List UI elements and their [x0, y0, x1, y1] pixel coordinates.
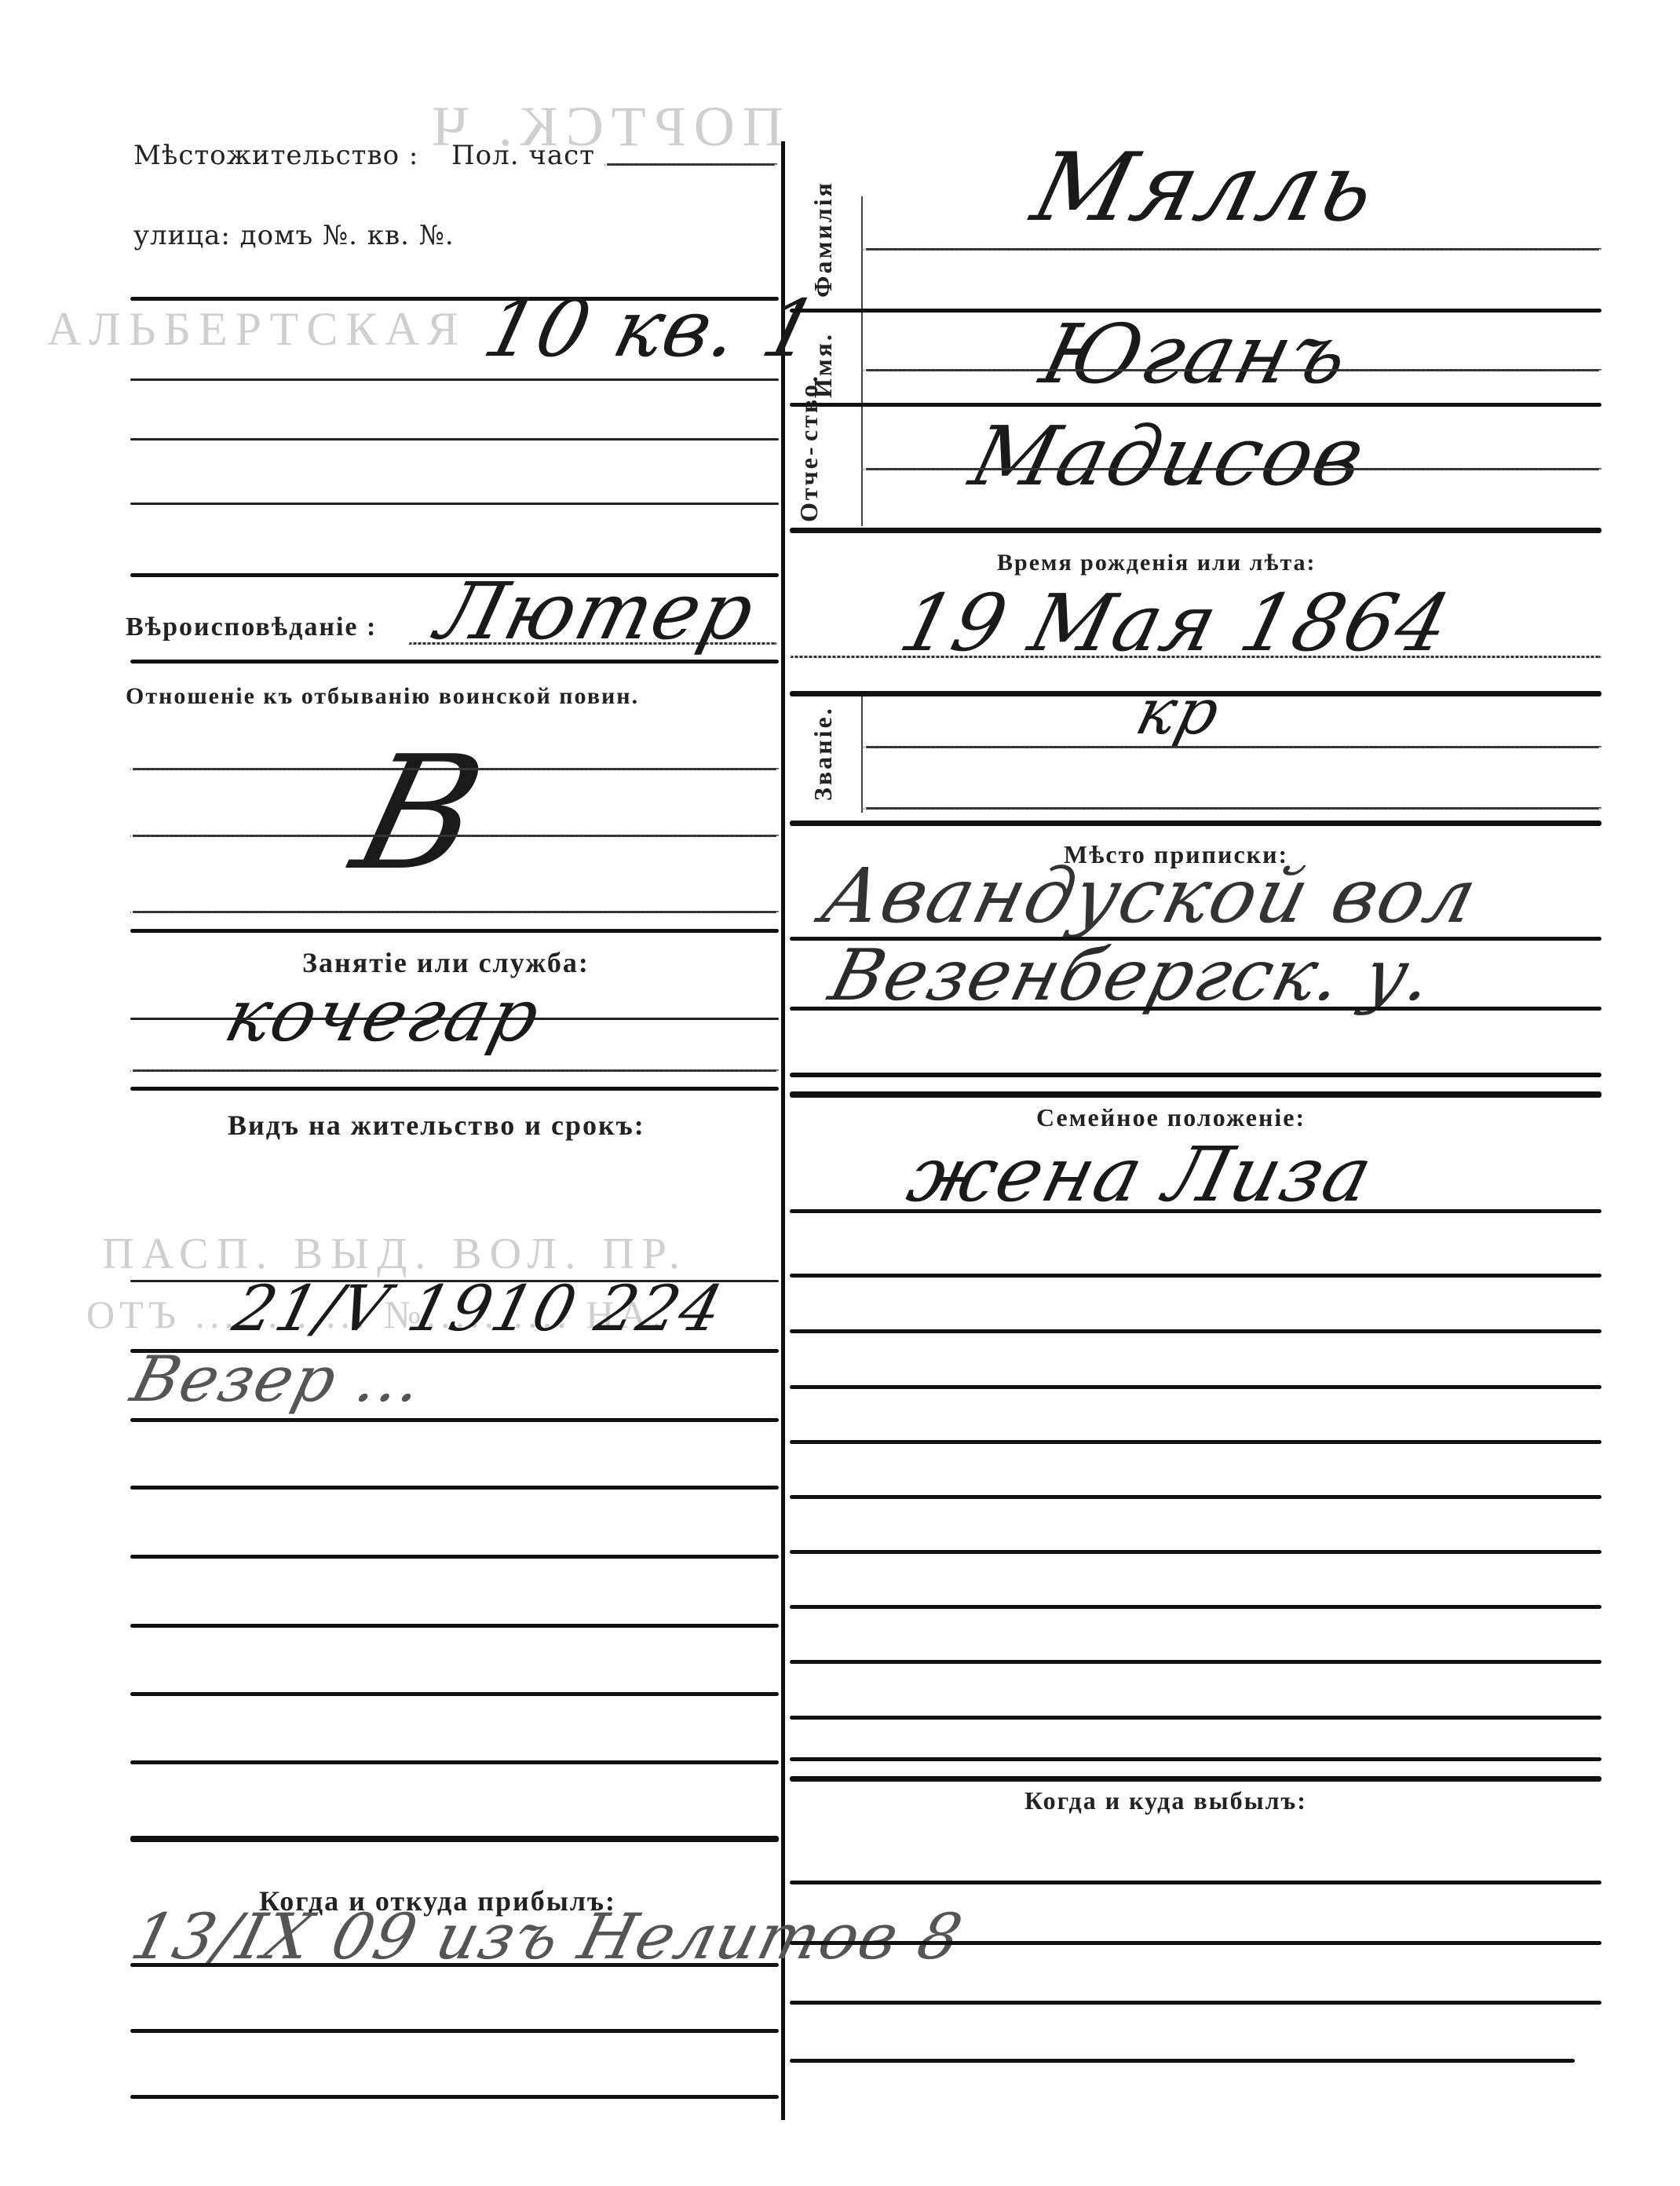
left-rule-9 [130, 911, 779, 913]
residence-label: Мѣстожительство : [133, 140, 418, 171]
right-rule-13 [790, 1007, 1601, 1011]
left-rule-23 [130, 1963, 779, 1967]
street-stamp: АЛЬБЕРТСКАЯ [47, 302, 466, 356]
military-service-value: В [338, 722, 501, 905]
left-rule-18 [130, 1555, 779, 1559]
left-rule-3 [130, 438, 779, 440]
left-rule-6 [130, 660, 779, 663]
religion-value: Лютер [428, 565, 765, 657]
first-name-value: Юганъ [1032, 306, 1360, 402]
right-rule-3 [864, 369, 1601, 371]
family-status-value: жена Лиза [900, 1131, 1382, 1219]
right-rule-10 [864, 807, 1601, 810]
label-column-divider [861, 196, 863, 526]
right-rule-31 [790, 2059, 1575, 2063]
right-rule-23 [790, 1605, 1601, 1609]
right-rule-9 [864, 746, 1601, 748]
left-rule-4 [130, 503, 779, 505]
military-service-label: Отношеніе къ отбыванію воинской повин. [126, 683, 639, 710]
right-rule-29 [790, 1941, 1601, 1945]
left-rule-22 [130, 1836, 779, 1842]
patronymic-label-2: ство. [794, 375, 824, 442]
right-rule-22 [790, 1550, 1601, 1554]
right-rule-11 [790, 821, 1601, 826]
right-rule-5 [864, 468, 1601, 470]
left-rule-12 [130, 1069, 779, 1072]
right-rule-21 [790, 1495, 1601, 1499]
center-divider [781, 141, 785, 2120]
registration-place-value-2: Везенбергск. у. [822, 934, 1443, 1017]
left-rule-17 [130, 1486, 779, 1490]
street-house-label: улица: домъ №. кв. №. [133, 220, 455, 251]
address-handwritten: 10 кв. 1 [475, 283, 827, 375]
police-part-line [604, 163, 777, 166]
right-rule-14 [790, 1073, 1601, 1077]
residence-permit-value-1: 21/V 1910 224 [226, 1272, 731, 1345]
right-rule-7 [790, 656, 1601, 658]
left-rule-24 [130, 2029, 779, 2033]
family-status-label: Семейное положеніе: [1036, 1103, 1306, 1132]
right-rule-28 [790, 1881, 1601, 1884]
registration-place-value-1: Авандуской вол [813, 852, 1487, 940]
residence-permit-label: Видъ на жительство и срокъ: [228, 1109, 645, 1142]
occupation-value: кочегар [217, 974, 550, 1058]
rank-value: кр [1129, 675, 1228, 748]
left-rule-10 [130, 929, 779, 933]
left-rule-8 [130, 835, 779, 837]
religion-label: Вѣроисповѣданіе : [126, 612, 377, 642]
right-rule-26 [790, 1757, 1601, 1761]
patronymic-label: Отче- ство. [794, 420, 824, 522]
patronymic-value: Мадисов [962, 408, 1375, 504]
right-rule-17 [790, 1274, 1601, 1278]
right-rule-25 [790, 1716, 1601, 1720]
right-rule-19 [790, 1385, 1601, 1389]
birth-label: Время рожденія или лѣта: [997, 550, 1317, 576]
left-rule-25 [130, 2095, 779, 2099]
police-part-label: Пол. част [451, 140, 595, 171]
right-rule-27 [790, 1776, 1601, 1782]
right-rule-1 [864, 248, 1601, 250]
left-rule-13 [130, 1087, 779, 1091]
left-rule-7 [130, 768, 779, 770]
left-rule-11 [130, 1018, 779, 1020]
left-rule-16 [130, 1418, 779, 1422]
rank-label: Званіе. [809, 707, 838, 801]
right-rule-16 [790, 1209, 1601, 1213]
residence-permit-value-2: Везер ... [124, 1343, 431, 1416]
right-rule-6 [790, 528, 1601, 533]
left-rule-19 [130, 1624, 779, 1628]
right-rule-20 [790, 1440, 1601, 1444]
surname-label: Фамилія [809, 177, 838, 302]
right-rule-15 [790, 1091, 1601, 1098]
surname-value: Мялль [1023, 133, 1388, 243]
right-rule-4 [790, 403, 1601, 407]
label-column-divider-2 [861, 695, 863, 813]
right-rule-24 [790, 1660, 1601, 1664]
left-rule-20 [130, 1692, 779, 1696]
left-rule-21 [130, 1760, 779, 1764]
right-rule-30 [790, 2001, 1601, 2005]
departure-label: Когда и куда выбылъ: [1024, 1786, 1307, 1815]
patronymic-label-1: Отче- [794, 444, 824, 522]
left-rule-2 [130, 378, 779, 381]
right-rule-18 [790, 1329, 1601, 1333]
